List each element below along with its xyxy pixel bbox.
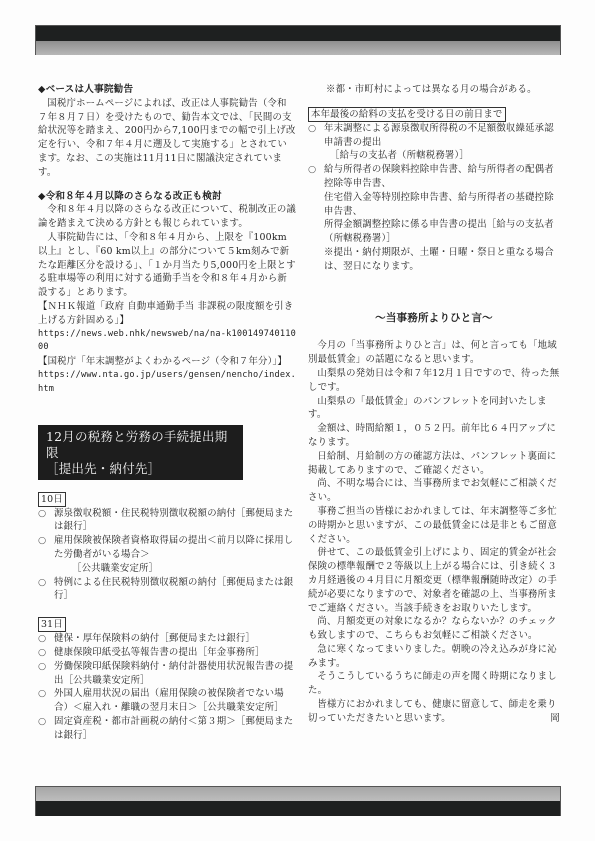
circle-bullet-icon: ○ [38, 715, 54, 743]
circle-bullet-icon: ○ [38, 646, 54, 660]
hitokoto-paragraph: 事務ご担当の皆様におかれましては、年末調整等ご多忙の時期かと思いますが、この最低… [308, 505, 560, 546]
hitokoto-paragraph: 尚、不明な場合には、当事務所までお気軽にご相談ください。 [308, 477, 560, 505]
reference-nta-label: 【国税庁「年末調整がよくわかるページ（令和７年分）」】 [38, 355, 296, 369]
date-label-10: 10日 [38, 492, 66, 507]
left-column: ◆ベースは人事院勧告 国税庁ホームページによれば、改正は人事院勧告（令和７年８月… [38, 83, 296, 742]
reference-nhk-url[interactable]: https://news.web.nhk/newsweb/na/na-k1001… [38, 328, 296, 356]
circle-bullet-icon: ○ [308, 163, 324, 273]
circle-bullet-icon: ○ [308, 122, 324, 163]
circle-bullet-icon: ○ [38, 576, 54, 604]
hitokoto-title: ～当事務所よりひと言～ [308, 312, 560, 326]
section-heading-future-revision: ◆令和８年４月以降のさらなる改正も検討 [38, 190, 296, 204]
right-column: ※都・市町村によっては異なる月の場合がある。 本年最後の給料の支払を受ける日の前… [308, 83, 560, 726]
section-body-future-2: 人事院勧告には、「令和８年４月から、上限を『100km以上』とし、『60 km以… [38, 231, 296, 300]
hitokoto-paragraph: 金額は、時間給額１，０５２円。前年比６４円アップになります。 [308, 422, 560, 450]
list-item: ○ 外国人雇用状況の届出（雇用保険の被保険者でない場合）＜雇入れ・離職の翌月末日… [38, 687, 296, 715]
header-band [35, 25, 561, 55]
hitokoto-paragraph: 併せて、この最低賃金引上げにより、固定的賃金が社会保険の標準報酬で２等級以上上が… [308, 546, 560, 615]
list-item: ○ 健保・厚年保険料の納付［郵便局または銀行］ [38, 632, 296, 646]
circle-bullet-icon: ○ [38, 632, 54, 646]
footer-band-dark [36, 801, 560, 816]
hitokoto-paragraph: そうこうしているうちに師走の声を聞く時期になりました。 [308, 670, 560, 698]
reference-nta-url[interactable]: https://www.nta.go.jp/users/gensen/nench… [38, 369, 296, 397]
hitokoto-paragraph: 日給制、月給制の方の確認方法は、パンフレット裏面に掲載してありますので、ご確認く… [308, 450, 560, 478]
list-item: ○ 給与所得者の保険料控除申告書、給与所得者の配偶者控除等申告書、 住宅借入金等… [308, 163, 560, 273]
last-pay-label: 本年最後の給料の支払を受ける日の前日まで [308, 107, 506, 122]
header-band-light [36, 41, 560, 55]
list-item: ○ 特例による住民税特別徴収税額の納付［郵便局または銀行］ [38, 576, 296, 604]
circle-bullet-icon: ○ [38, 660, 54, 688]
municipal-note: ※都・市町村によっては異なる月の場合がある。 [308, 83, 560, 97]
hitokoto-paragraph: 山梨県の発効日は令和７年12月１日ですので、待った無しです。 [308, 367, 560, 395]
list-item: ○ 健康保険印紙受払等報告書の提出［年金事務所］ [38, 646, 296, 660]
date-label-31: 31日 [38, 617, 66, 632]
circle-bullet-icon: ○ [38, 534, 54, 575]
deadline-title-box: 12月の税務と労務の手続提出期限 ［提出先・納付先］ [38, 425, 243, 480]
footer-band-light [36, 787, 560, 801]
circle-bullet-icon: ○ [38, 687, 54, 715]
list-item: ○ 固定資産税・都市計画税の納付＜第３期＞［郵便局または銀行］ [38, 715, 296, 743]
header-band-dark [36, 26, 560, 41]
list-item: ○ 年末調整による源泉徴収所得税の不足額徴収繰延承認申請書の提出 ［給与の支払者… [308, 122, 560, 163]
section-body-future-1: 令和８年４月以降のさらなる改正について、税制改正の議論を踏まえて決める方針とも報… [38, 203, 296, 231]
section-body-base: 国税庁ホームページによれば、改正は人事院勧告（令和７年８月７日）を受けたもので、… [38, 97, 296, 180]
deadline-subtitle: ［提出先・納付先］ [46, 461, 237, 477]
list-item: ○ 労働保険印紙保険料納付・納付計器使用状況報告書の提出［公共職業安定所］ [38, 660, 296, 688]
hitokoto-paragraph-last: 皆様方におかれましても、健康に留意して、師走を乗り切っていただきたいと思います。… [308, 698, 560, 726]
hitokoto-paragraph: 尚、月額変更の対象になるか？ならないか？のチェックも致しますので、こちらもお気軽… [308, 615, 560, 643]
signature: 岡 [541, 712, 560, 726]
hitokoto-paragraph: 急に寒くなってまいりました。朝晩の冷え込みが身に沁みます。 [308, 643, 560, 671]
hitokoto-paragraph: 今月の「当事務所よりひと言」は、何と言っても「地域別最低賃金」の話題になると思い… [308, 339, 560, 367]
section-heading-base: ◆ベースは人事院勧告 [38, 83, 296, 97]
holiday-note: ※提出・納付期限が、土曜・日曜・祭日と重なる場合は、翌日になります。 [324, 246, 560, 274]
footer-band [35, 786, 561, 816]
list-item: ○ 雇用保険被保険者資格取得届の提出＜前月以降に採用した労働者がいる場合＞ ［公… [38, 534, 296, 575]
deadline-title: 12月の税務と労務の手続提出期限 [46, 429, 237, 461]
list-item: ○ 源泉徴収税額・住民税特別徴収税額の納付［郵便局または銀行］ [38, 507, 296, 535]
hitokoto-paragraph: 山梨県の「最低賃金」のパンフレットを同封いたします。 [308, 395, 560, 423]
circle-bullet-icon: ○ [38, 507, 54, 535]
reference-nhk-label: 【ＮＨＫ報道「政府 自動車通勤手当 非課税の限度額を引き上げる方針固める」】 [38, 300, 296, 328]
